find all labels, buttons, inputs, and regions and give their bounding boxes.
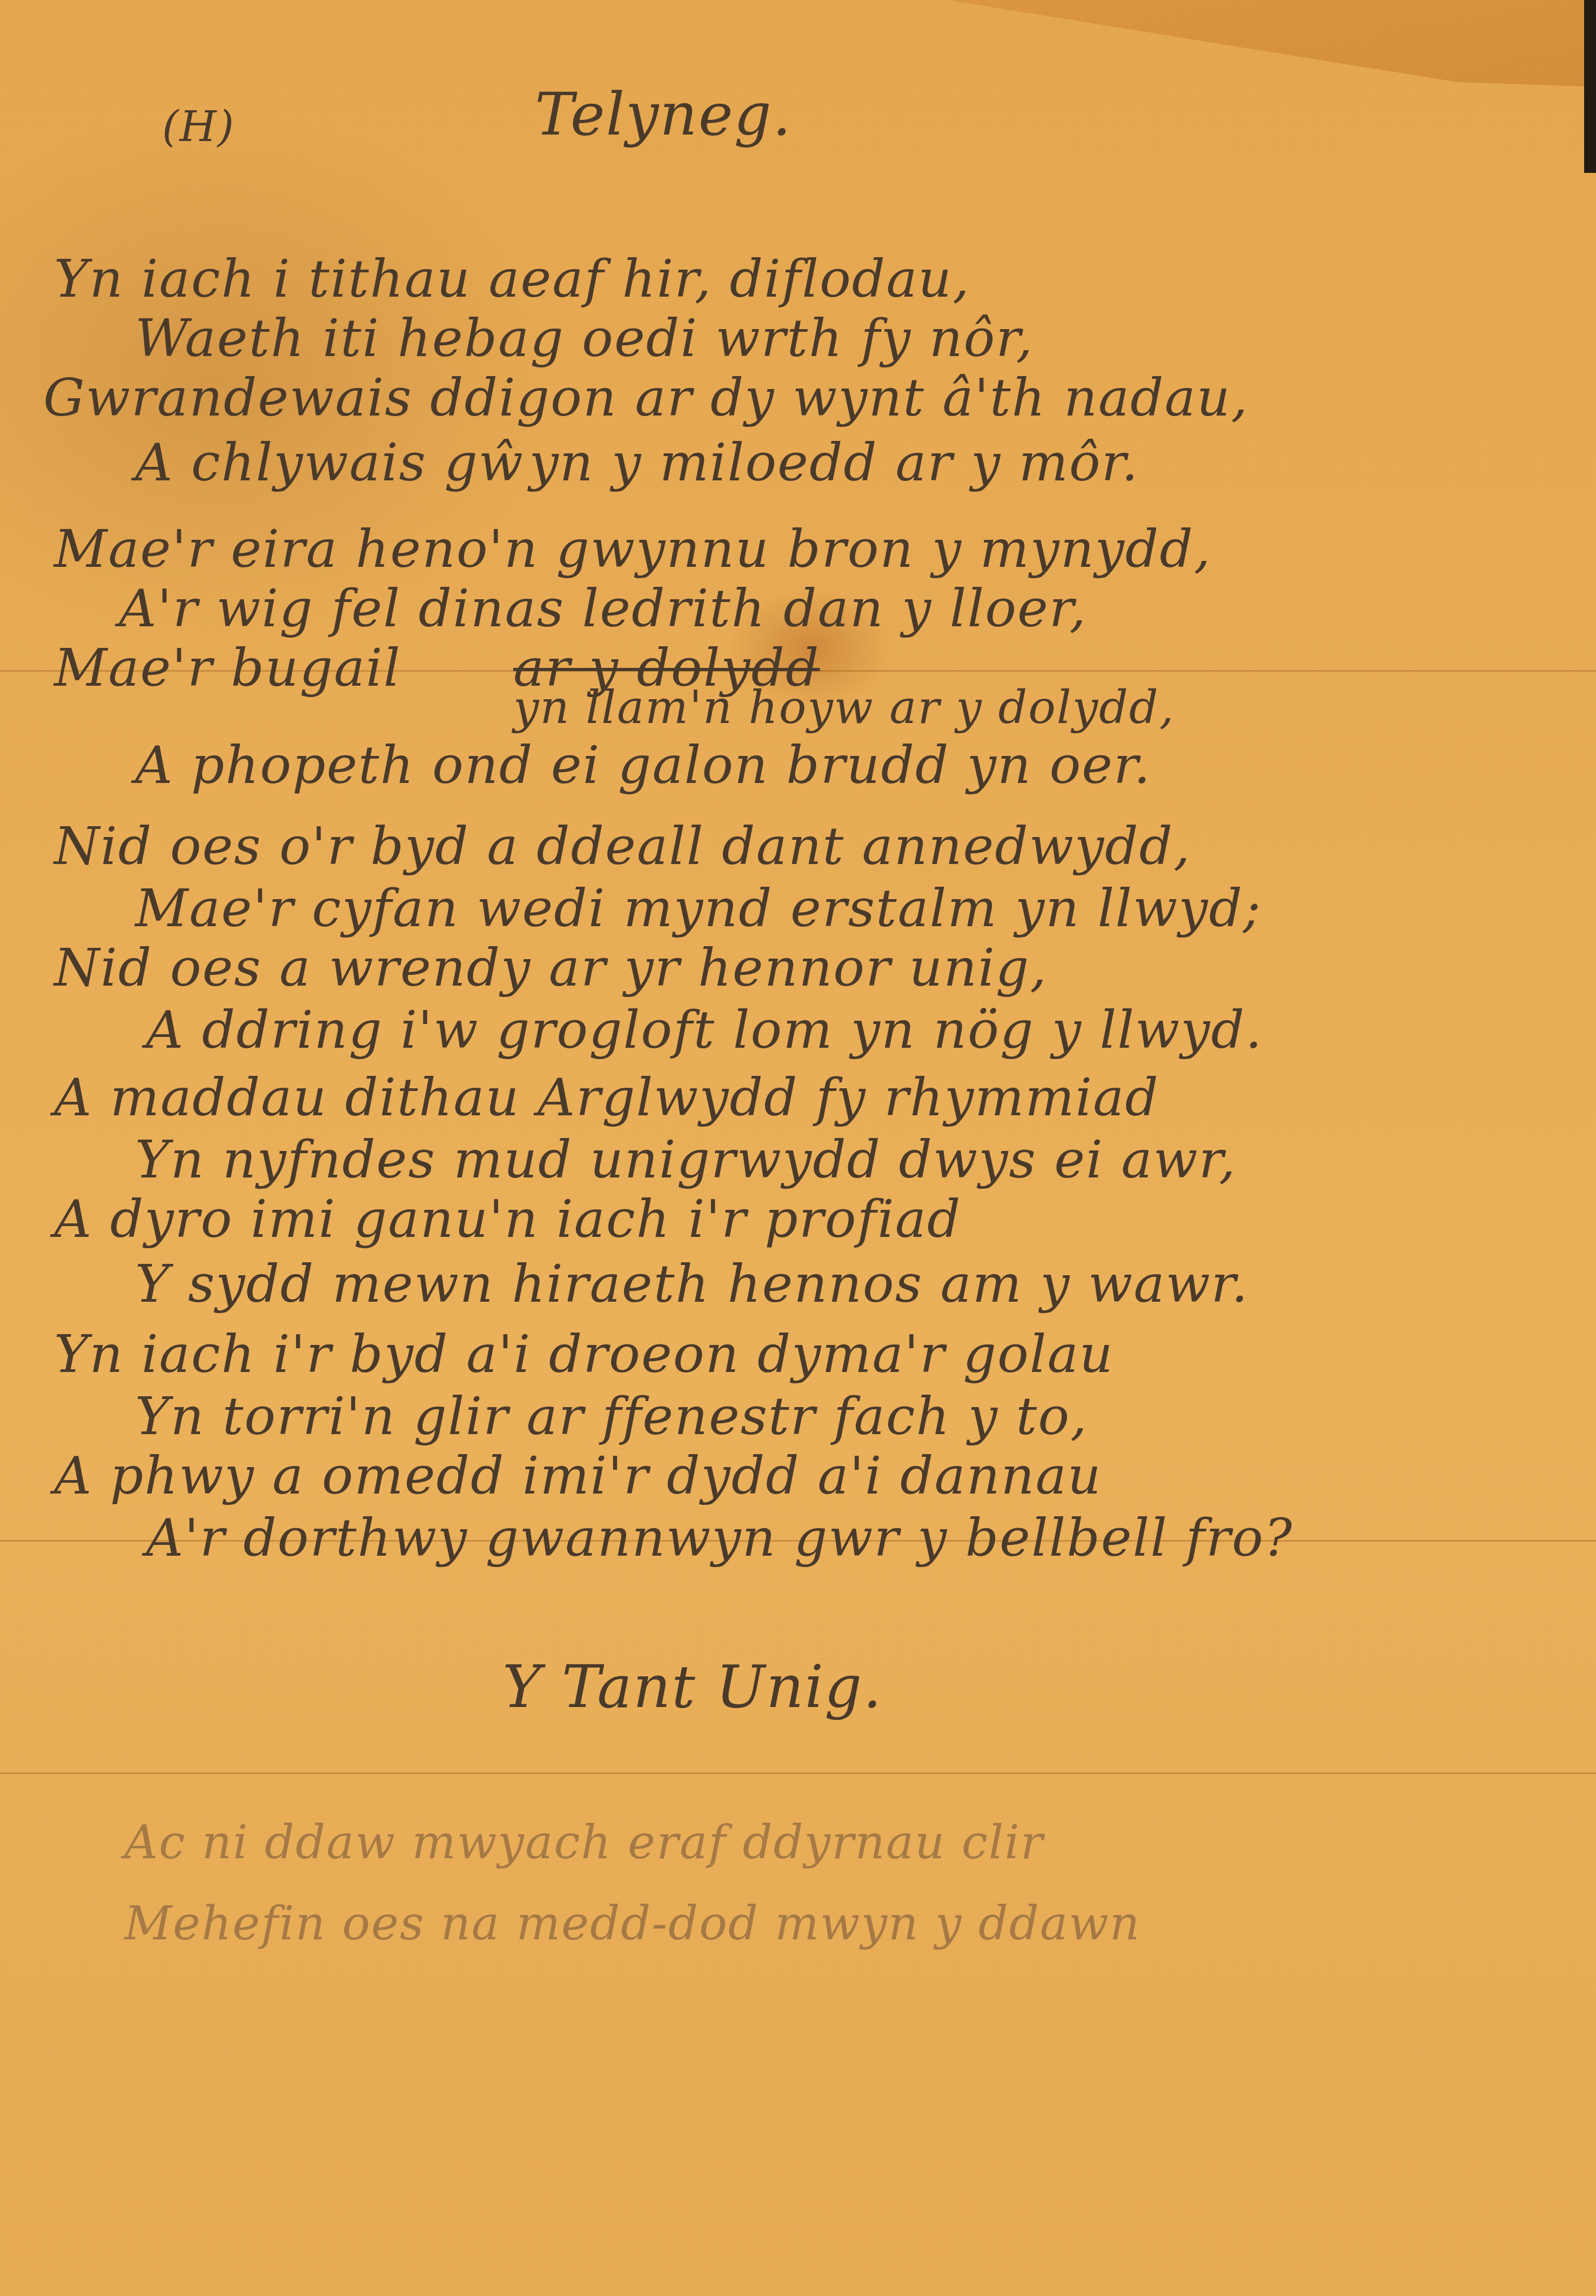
poem-line: Yn torri'n glir ar ffenestr fach y to, <box>135 1386 1088 1447</box>
poem-line: A maddau dithau Arglwydd fy rhymmiad <box>54 1067 1159 1128</box>
poem-line: Mae'r bugail <box>54 638 401 698</box>
poem-line: Yn nyfndes mud unigrwydd dwys ei awr, <box>135 1129 1236 1190</box>
poem-line: Yn iach i'r byd a'i droeon dyma'r golau <box>54 1324 1114 1384</box>
poem-line: Gwrandewais ddigon ar dy wynt â'th nadau… <box>43 367 1249 428</box>
inserted-text: yn llam'n hoyw ar y dolydd, <box>513 681 1175 734</box>
poem-line: A'r dorthwy gwannwyn gwr y bellbell fro? <box>146 1508 1293 1568</box>
poem-line: Y sydd mewn hiraeth hennos am y wawr. <box>135 1254 1249 1314</box>
poem-line: Yn iach i tithau aeaf hir, diflodau, <box>54 249 970 309</box>
poem-line: A phwy a omedd imi'r dydd a'i dannau <box>54 1445 1102 1506</box>
poem-line: A phopeth ond ei galon brudd yn oer. <box>135 735 1151 795</box>
page-mark: (H) <box>162 103 235 151</box>
poem-line: A dyro imi ganu'n iach i'r profiad <box>54 1189 961 1249</box>
poem-title: Telyneg. <box>535 81 792 149</box>
poem-line: A chlywais gŵyn y miloedd ar y môr. <box>135 432 1139 493</box>
signature: Y Tant Unig. <box>502 1654 883 1721</box>
fold-crease <box>0 1772 1596 1774</box>
poem-line: A'r wig fel dinas ledrith dan y lloer, <box>119 578 1087 639</box>
pencil-note: Mehefin oes na medd-dod mwyn y ddawn <box>124 1897 1141 1951</box>
poem-line: Waeth iti hebag oedi wrth fy nôr, <box>135 308 1034 369</box>
poem-line: A ddring i'w grogloft lom yn nög y llwyd… <box>146 1000 1263 1060</box>
pencil-note: Ac ni ddaw mwyach eraf ddyrnau clir <box>124 1816 1044 1870</box>
page-edge-shadow <box>1584 0 1596 173</box>
poem-line: Mae'r cyfan wedi mynd erstalm yn llwyd; <box>135 878 1262 939</box>
poem-line: Nid oes a wrendy ar yr hennor unig, <box>54 938 1048 998</box>
poem-line: Nid oes o'r byd a ddeall dant annedwydd, <box>54 816 1191 876</box>
poem-line: Mae'r eira heno'n gwynnu bron y mynydd, <box>54 519 1211 579</box>
